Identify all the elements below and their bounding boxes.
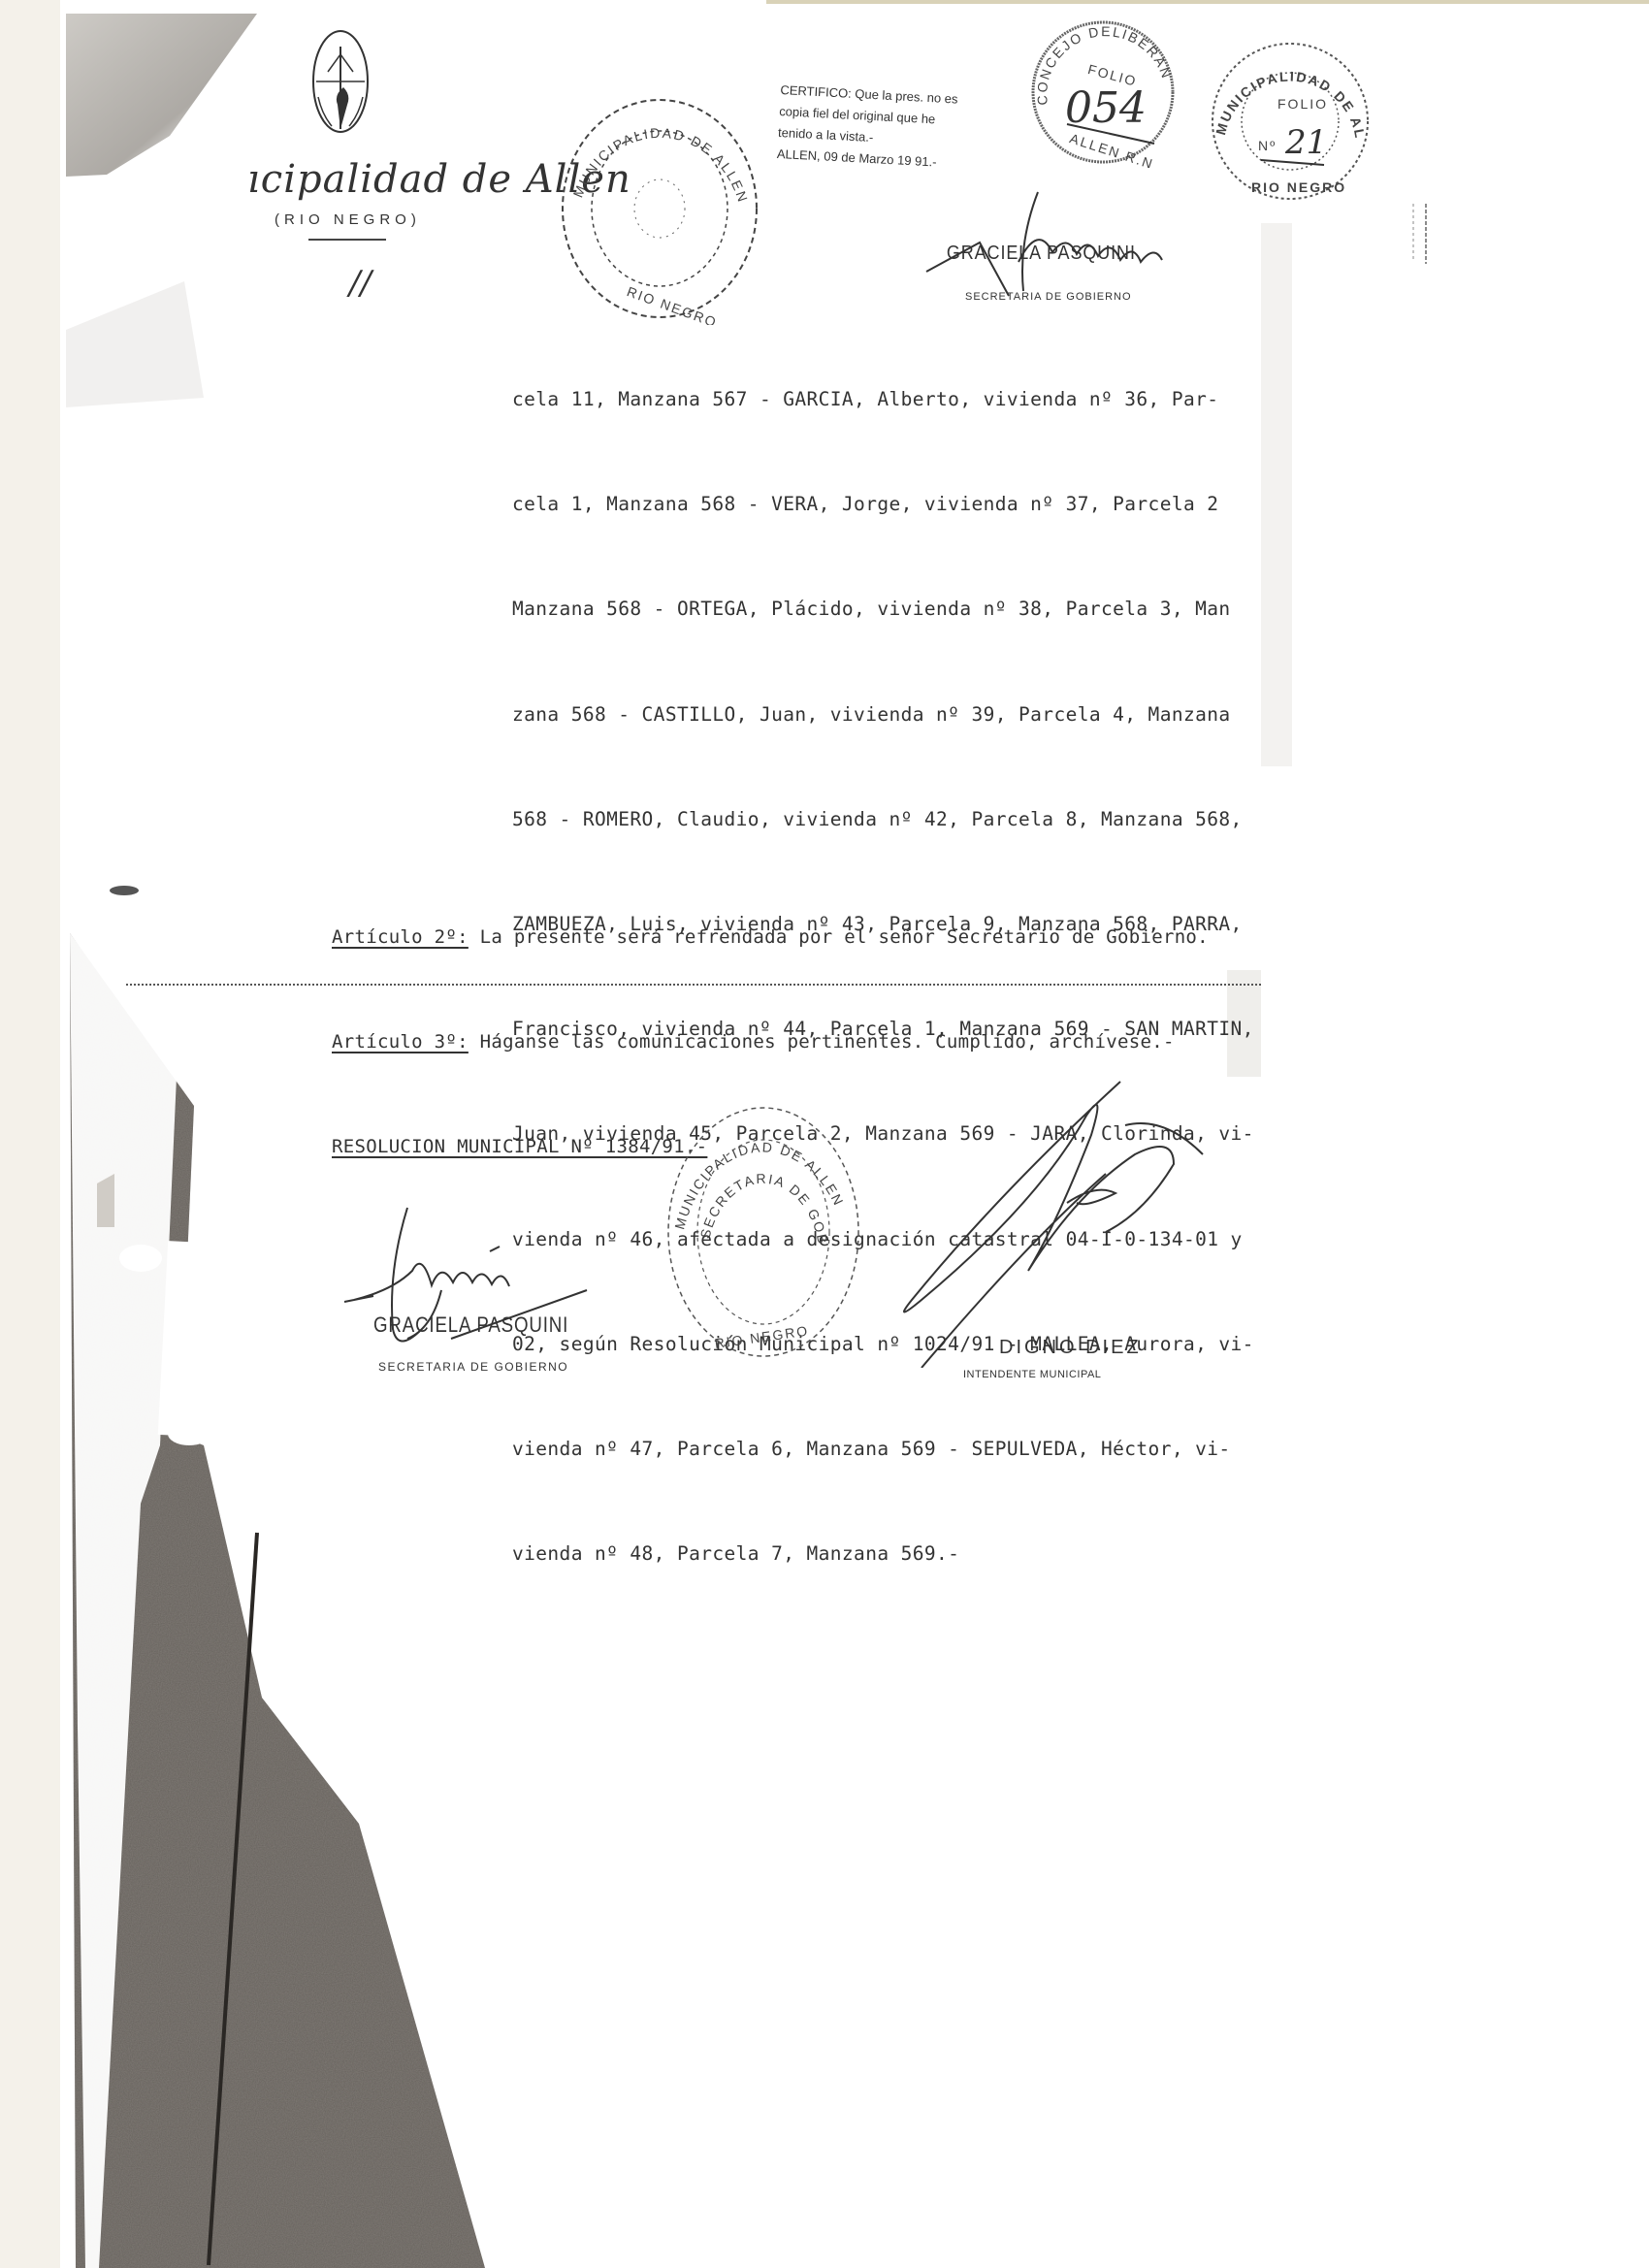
resolution-number-text: RESOLUCION MUNICIPAL Nº 1384/91.- <box>332 1136 707 1157</box>
article-2-text: La presente será refrendada por el señor… <box>469 926 1209 948</box>
article-3: Artículo 3º: Háganse las comunicaciones … <box>332 1024 1311 1059</box>
certifier-name: GRACIELA PASQUINI <box>947 243 1136 265</box>
letterhead-rule <box>308 239 386 241</box>
body-line: cela 1, Manzana 568 - VERA, Jorge, vivie… <box>512 487 1288 522</box>
body-line: Manzana 568 - ORTEGA, Plácido, vivienda … <box>512 592 1288 627</box>
body-line: vienda nº 47, Parcela 6, Manzana 569 - S… <box>512 1432 1288 1467</box>
body-line: 568 - ROMERO, Claudio, vivienda nº 42, P… <box>512 802 1288 837</box>
mayor-role: INTENDENTE MUNICIPAL <box>963 1369 1101 1380</box>
mayor-signature-scribble <box>883 1077 1212 1368</box>
bottom-seal-bottom-text: RIO NEGRO <box>714 1322 810 1351</box>
body-line: cela 11, Manzana 567 - GARCIA, Alberto, … <box>512 382 1288 417</box>
seal-outer-text: MUNICIPALIDAD DE ALLEN <box>569 125 751 206</box>
government-secretary-seal-stamp: MUNICIPALIDAD DE ALLEN SECRETARIA DE GOB… <box>662 1101 865 1363</box>
certification-block: CERTIFICO: Que la pres. no es copia fiel… <box>776 80 1061 179</box>
article-2-label: Artículo 2º: <box>332 926 469 948</box>
article-2: Artículo 2º: La presente será refrendada… <box>332 920 1311 955</box>
svg-text:MUNICIPALIDAD DE ALLEN: MUNICIPALIDAD DE ALLEN <box>569 125 751 206</box>
article-3-label: Artículo 3º: <box>332 1031 469 1053</box>
page-continuation-marker: // <box>349 264 372 303</box>
letterhead-province: (RIO NEGRO) <box>275 211 421 228</box>
page-fold-line <box>126 984 1261 986</box>
municipal-seal-stamp: MUNICIPALIDAD DE ALLEN RIO NEGRO <box>556 92 764 325</box>
municipal-folio-prefix: Nº <box>1258 138 1277 153</box>
municipal-folio-label: FOLIO <box>1277 96 1328 112</box>
mayor-name: DIGNO DIEZ <box>999 1337 1142 1359</box>
municipal-bottom-text: RIO NEGRO <box>1251 179 1346 195</box>
article-3-text: Háganse las comunicaciones pertinentes. … <box>469 1031 1175 1053</box>
body-line: vienda nº 48, Parcela 7, Manzana 569.- <box>512 1537 1288 1571</box>
body-line: zana 568 - CASTILLO, Juan, vivienda nº 3… <box>512 697 1288 732</box>
municipal-coat-of-arms-icon <box>308 27 372 136</box>
secretary-name: GRACIELA PASQUINI <box>373 1312 568 1338</box>
folio-stamp-concejo: CONCEJO DELIBERANTE FOLIO 054 ALLEN R.N. <box>1028 17 1179 168</box>
municipal-folio-number: 21 <box>1284 123 1327 162</box>
folio-stamp-municipal: MUNICIPALIDAD DE ALLEN FOLIO Nº 21 RIO N… <box>1208 39 1373 204</box>
certifier-role: SECRETARIA DE GOBIERNO <box>965 291 1132 303</box>
secretary-role: SECRETARIA DE GOBIERNO <box>378 1360 568 1374</box>
